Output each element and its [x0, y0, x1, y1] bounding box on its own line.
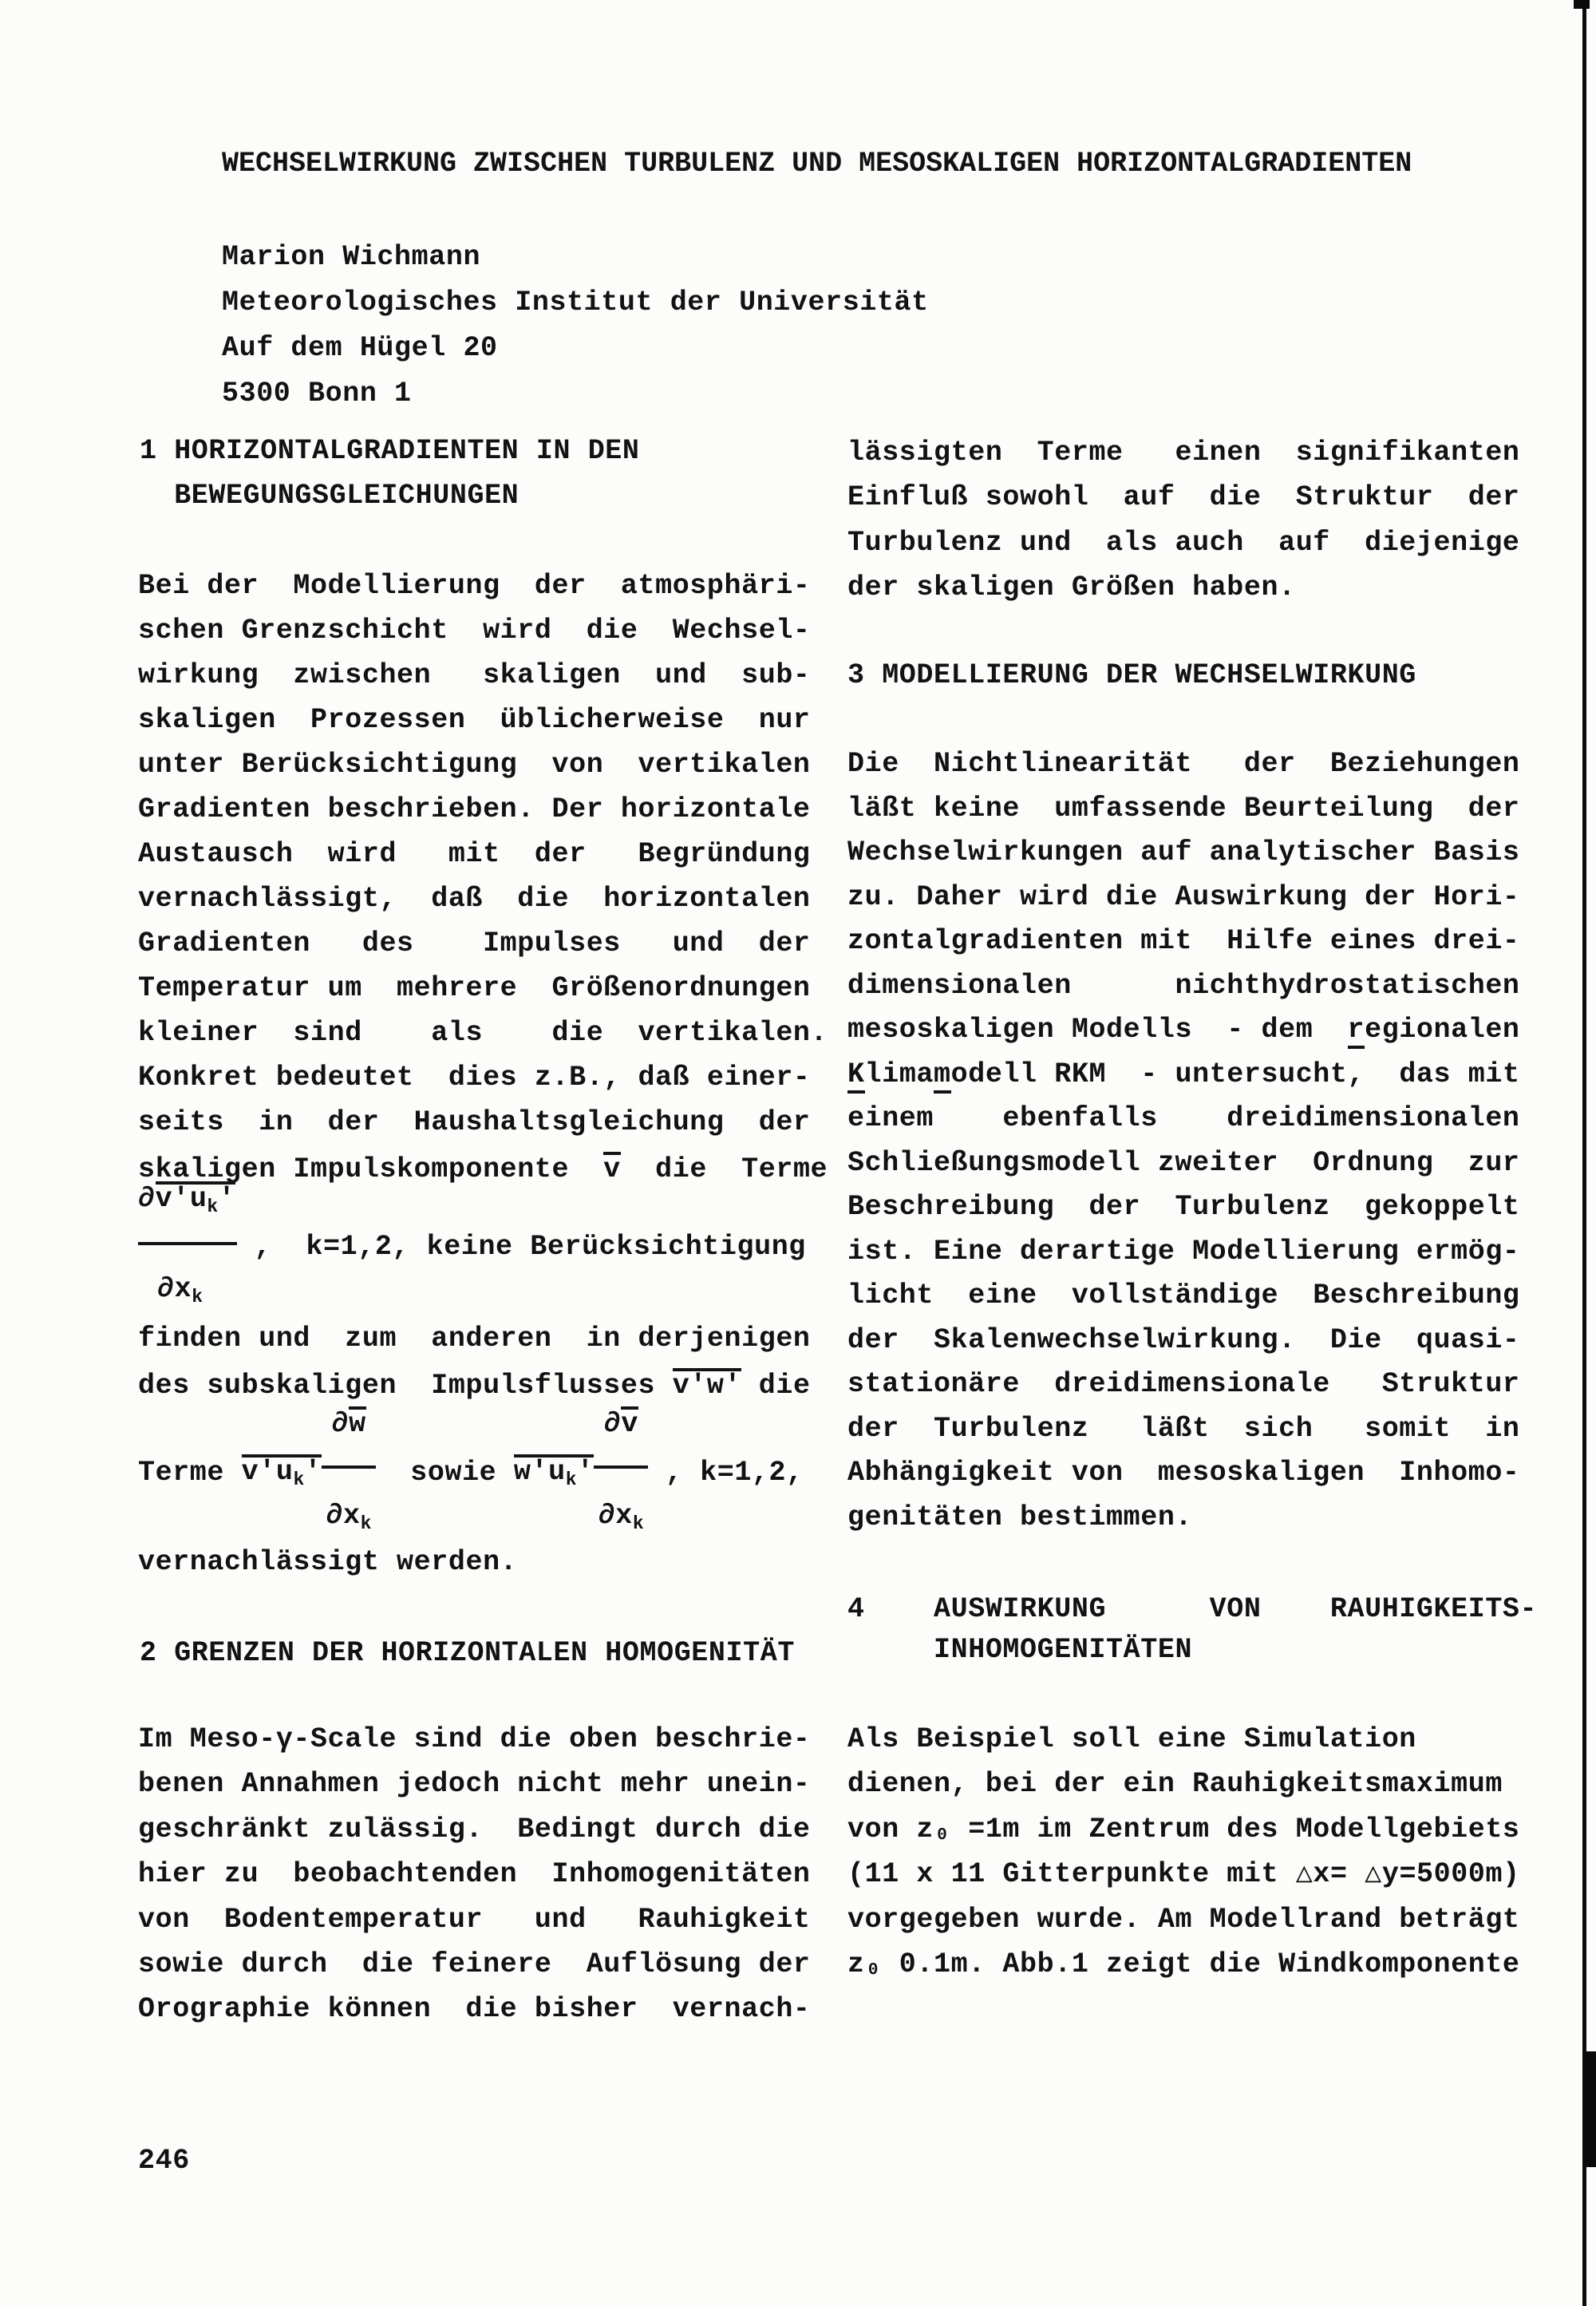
- text-line: vernachlässigt, daß die horizontalen: [138, 884, 811, 914]
- text-fragment: ∂x: [598, 1500, 633, 1532]
- equation-condition-text: , k=1,2, keine Berücksichtigung: [237, 1232, 806, 1262]
- text-line: Abhängigkeit von mesoskaligen Inhomo-: [847, 1458, 1520, 1488]
- fraction-denominator: ∂xk: [594, 1469, 648, 1539]
- text-line: Gradienten des Impulses und der: [138, 928, 811, 959]
- text-line: Schließungsmodell zweiter Ordnung zur: [847, 1148, 1520, 1178]
- text-line: Einfluß sowohl auf die Struktur der: [847, 482, 1520, 512]
- text-line-klimamodell: Klimamodell RKM - untersucht, das mit: [847, 1059, 1520, 1090]
- partial-symbol: ∂: [604, 1408, 622, 1440]
- text-line: benen Annahmen jedoch nicht mehr unein-: [138, 1769, 811, 1799]
- text-fragment: ∂x: [157, 1273, 192, 1305]
- text-fragment: egionalen: [1365, 1014, 1519, 1046]
- overbar-w: w: [349, 1406, 366, 1436]
- subscript-k: k: [633, 1513, 644, 1534]
- overbar-term: w'uk': [514, 1454, 594, 1492]
- fraction-denominator: ∂xk: [322, 1469, 376, 1539]
- text-line: hier zu beobachtenden Inhomogenitäten: [138, 1859, 811, 1889]
- fraction: ∂v'uk' ∂xk: [138, 1181, 237, 1312]
- scan-edge-artifact: [1582, 0, 1586, 2306]
- text-line-impulskomponente: skaligen Impulskomponente v die Terme: [138, 1152, 828, 1185]
- text-line: unter Berücksichtigung von vertikalen: [138, 750, 811, 780]
- text-line: wirkung zwischen skaligen und sub-: [138, 660, 811, 690]
- author-line: 5300 Bonn 1: [222, 378, 412, 409]
- scan-edge-artifact: [1586, 2051, 1596, 2167]
- section-3-heading: 3 MODELLIERUNG DER WECHSELWIRKUNG: [847, 660, 1416, 690]
- text-fragment: w'u: [514, 1456, 566, 1488]
- overbar-term: v'uk': [156, 1181, 235, 1219]
- text-fragment: Terme: [138, 1458, 242, 1488]
- subscript-k: k: [293, 1469, 304, 1490]
- text-line: Orographie können die bisher vernach-: [138, 1994, 811, 2024]
- text-fragment: sowie: [376, 1458, 514, 1488]
- underlined-letter-K: K: [847, 1058, 865, 1094]
- section-1-heading-line-2: BEWEGUNGSGLEICHUNGEN: [140, 481, 519, 511]
- text-line-regional: mesoskaligen Modells - dem regionalen: [847, 1015, 1520, 1045]
- text-fragment: lima: [865, 1058, 934, 1090]
- text-line: kleiner sind als die vertikalen.: [138, 1018, 828, 1048]
- author-line: Meteorologisches Institut der Universitä…: [222, 287, 929, 318]
- prime-mark: ': [577, 1456, 595, 1488]
- text-fragment: v'u: [242, 1456, 294, 1488]
- text-fragment: v'u: [156, 1183, 207, 1215]
- subscript-k: k: [361, 1513, 372, 1534]
- author-line: Marion Wichmann: [222, 242, 480, 272]
- overbar-v: v: [603, 1152, 621, 1181]
- text-line: seits in der Haushaltsgleichung der: [138, 1107, 811, 1137]
- page-number: 246: [138, 2146, 190, 2176]
- text-fragment: ∂x: [326, 1500, 360, 1532]
- subscript-k: k: [207, 1197, 218, 1217]
- text-line: von z₀ =1m im Zentrum des Modellgebiets: [847, 1814, 1520, 1845]
- text-line: Gradienten beschrieben. Der horizontale: [138, 794, 811, 825]
- text-line: Konkret bedeutet dies z.B., daß einer-: [138, 1062, 811, 1093]
- scan-edge-artifact: [1574, 0, 1590, 9]
- text-line: von Bodentemperatur und Rauhigkeit: [138, 1905, 811, 1935]
- scanned-document-page: WECHSELWIRKUNG ZWISCHEN TURBULENZ UND ME…: [0, 0, 1596, 2306]
- partial-symbol: ∂: [331, 1408, 349, 1440]
- section-4-heading-line-2: INHOMOGENITÄTEN: [847, 1635, 1192, 1665]
- text-line: finden und zum anderen in derjenigen: [138, 1323, 811, 1354]
- text-line: vernachlässigt werden.: [138, 1547, 517, 1577]
- text-line: Austausch wird mit der Begründung: [138, 839, 811, 869]
- text-line: der Turbulenz läßt sich somit in: [847, 1414, 1520, 1444]
- text-line: stationäre dreidimensionale Struktur: [847, 1369, 1520, 1399]
- text-line: Die Nichtlinearität der Beziehungen: [847, 749, 1520, 779]
- equation-2-momentum-flux-terms: Terme v'uk' ∂w ∂xk sowie w'uk' ∂v ∂xk , …: [138, 1406, 804, 1539]
- section-4-heading-line-1: 4 AUSWIRKUNG VON RAUHIGKEITS-: [847, 1594, 1537, 1624]
- overbar-term: v'uk': [242, 1454, 322, 1492]
- equation-1-turbulent-flux-gradient: ∂v'uk' ∂xk , k=1,2, keine Berücksichtigu…: [138, 1181, 806, 1312]
- text-line: Beschreibung der Turbulenz gekoppelt: [847, 1192, 1520, 1222]
- fraction: ∂v ∂xk: [594, 1406, 648, 1539]
- text-line: zu. Daher wird die Auswirkung der Hori-: [847, 882, 1520, 912]
- text-line: ist. Eine derartige Modellierung ermög-: [847, 1236, 1520, 1267]
- text-line: der Skalenwechselwirkung. Die quasi-: [847, 1325, 1520, 1355]
- text-fragment: odell RKM - untersucht, das mit: [951, 1058, 1520, 1090]
- text-line: Im Meso-γ-Scale sind die oben beschrie-: [138, 1724, 811, 1754]
- text-line: sowie durch die feinere Auflösung der: [138, 1949, 811, 1980]
- overbar-vw: v'w': [673, 1368, 741, 1398]
- text-line: (11 x 11 Gitterpunkte mit △x= △y=5000m): [847, 1859, 1520, 1889]
- text-line: Turbulenz und als auch auf diejenige: [847, 528, 1520, 558]
- text-line: dimensionalen nichthydrostatischen: [847, 971, 1520, 1001]
- text-line: skaligen Prozessen üblicherweise nur: [138, 705, 811, 735]
- text-line: läßt keine umfassende Beurteilung der: [847, 793, 1520, 824]
- text-line: genitäten bestimmen.: [847, 1502, 1192, 1533]
- text-fragment: skaligen Impulskomponente: [138, 1153, 603, 1185]
- subscript-k: k: [192, 1287, 203, 1307]
- text-line: licht eine vollständige Beschreibung: [847, 1280, 1520, 1311]
- equation-condition-text: , k=1,2,: [648, 1458, 803, 1488]
- text-fragment: die: [741, 1370, 810, 1402]
- text-line: einem ebenfalls dreidimensionalen: [847, 1103, 1520, 1133]
- text-line: Temperatur um mehrere Größenordnungen: [138, 973, 811, 1003]
- fraction: ∂w ∂xk: [322, 1406, 376, 1539]
- text-line: vorgegeben wurde. Am Modellrand beträgt: [847, 1905, 1520, 1935]
- prime-mark: ': [304, 1456, 322, 1488]
- text-fragment: die Terme: [621, 1153, 828, 1185]
- fraction-numerator: ∂w: [322, 1406, 376, 1465]
- text-line: geschränkt zulässig. Bedingt durch die: [138, 1814, 811, 1845]
- section-2-heading: 2 GRENZEN DER HORIZONTALEN HOMOGENITÄT: [140, 1638, 795, 1668]
- overbar-v: v: [621, 1406, 638, 1436]
- underlined-letter-m: m: [934, 1058, 951, 1094]
- underlined-letter-r: r: [1348, 1014, 1365, 1049]
- text-line: Bei der Modellierung der atmosphäri-: [138, 571, 811, 601]
- prime-mark: ': [218, 1183, 235, 1215]
- text-fragment: des subskaligen Impulsflusses: [138, 1370, 673, 1402]
- text-line: Wechselwirkungen auf analytischer Basis: [847, 837, 1520, 868]
- text-line: schen Grenzschicht wird die Wechsel-: [138, 615, 811, 646]
- partial-symbol: ∂: [138, 1183, 156, 1215]
- paper-title: WECHSELWIRKUNG ZWISCHEN TURBULENZ UND ME…: [222, 148, 1412, 179]
- subscript-k: k: [566, 1469, 577, 1490]
- text-line: dienen, bei der ein Rauhigkeitsmaximum: [847, 1769, 1503, 1799]
- author-line: Auf dem Hügel 20: [222, 333, 498, 363]
- text-line: z₀ 0.1m. Abb.1 zeigt die Windkomponente: [847, 1949, 1520, 1980]
- text-line: der skaligen Größen haben.: [847, 572, 1296, 603]
- text-fragment: mesoskaligen Modells - dem: [847, 1014, 1348, 1046]
- fraction-numerator: ∂v'uk': [138, 1181, 237, 1242]
- text-line: Als Beispiel soll eine Simulation: [847, 1724, 1416, 1754]
- fraction-denominator: ∂xk: [138, 1245, 237, 1312]
- text-line: zontalgradienten mit Hilfe eines drei-: [847, 926, 1520, 956]
- text-line: lässigten Terme einen signifikanten: [847, 437, 1520, 468]
- section-1-heading-line-1: 1 HORIZONTALGRADIENTEN IN DEN: [140, 436, 640, 466]
- fraction-numerator: ∂v: [594, 1406, 648, 1465]
- text-line-impulsfluss: des subskaligen Impulsflusses v'w' die: [138, 1368, 811, 1401]
